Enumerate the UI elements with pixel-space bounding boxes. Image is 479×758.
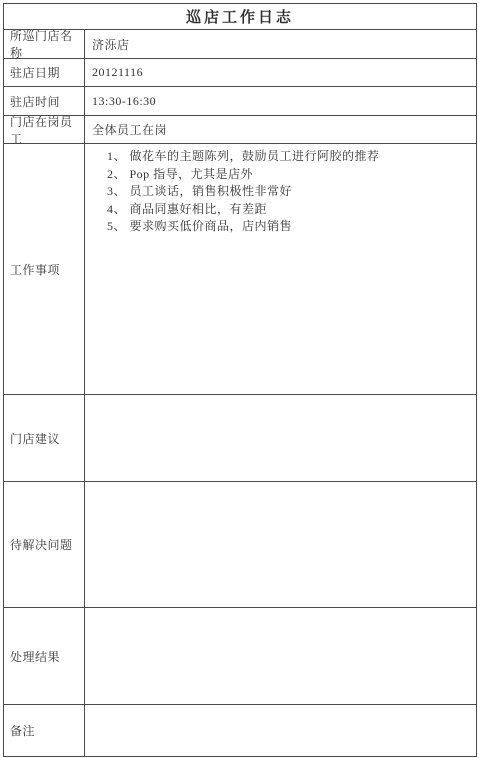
row-handling-result: 处理结果 [4,607,476,704]
work-item: 4、 商品同惠好相比，有差距 [107,201,468,219]
row-visit-date: 驻店日期 20121116 [4,58,476,86]
remarks-label: 备注 [4,705,85,756]
visit-date-value: 20121116 [85,59,476,86]
suggestions-label: 门店建议 [4,395,85,481]
remarks-content [85,705,476,756]
row-store-name: 所巡门店名称 济泺店 [4,29,476,58]
page-title: 巡店工作日志 [186,6,294,27]
staff-on-duty-value: 全体员工在岗 [85,116,476,143]
row-pending-issues: 待解决问题 [4,481,476,607]
store-name-label: 所巡门店名称 [4,30,85,58]
title-row: 巡店工作日志 [4,4,476,29]
work-item: 1、 做花车的主题陈列，鼓励员工进行阿胶的推荐 [107,148,468,166]
handling-result-content [85,608,476,704]
work-items-label: 工作事项 [4,144,85,394]
work-item: 2、 Pop 指导，尤其是店外 [107,166,468,184]
row-work-items: 工作事项 1、 做花车的主题陈列，鼓励员工进行阿胶的推荐 2、 Pop 指导，尤… [4,143,476,394]
suggestions-content [85,395,476,481]
visit-time-value: 13:30-16:30 [85,87,476,115]
handling-result-label: 处理结果 [4,608,85,704]
visit-date-label: 驻店日期 [4,59,85,86]
row-staff-on-duty: 门店在岗员工 全体员工在岗 [4,115,476,143]
inspection-log-table: 巡店工作日志 所巡门店名称 济泺店 驻店日期 20121116 驻店时间 13:… [3,3,477,757]
row-remarks: 备注 [4,704,476,756]
work-items-content: 1、 做花车的主题陈列，鼓励员工进行阿胶的推荐 2、 Pop 指导，尤其是店外 … [85,144,476,394]
staff-on-duty-label: 门店在岗员工 [4,116,85,143]
work-item: 3、 员工谈话，销售积极性非常好 [107,183,468,201]
row-suggestions: 门店建议 [4,394,476,481]
pending-issues-label: 待解决问题 [4,482,85,607]
work-item: 5、 要求购买低价商品，店内销售 [107,218,468,236]
visit-time-label: 驻店时间 [4,87,85,115]
pending-issues-content [85,482,476,607]
store-name-value: 济泺店 [85,30,476,58]
row-visit-time: 驻店时间 13:30-16:30 [4,86,476,115]
